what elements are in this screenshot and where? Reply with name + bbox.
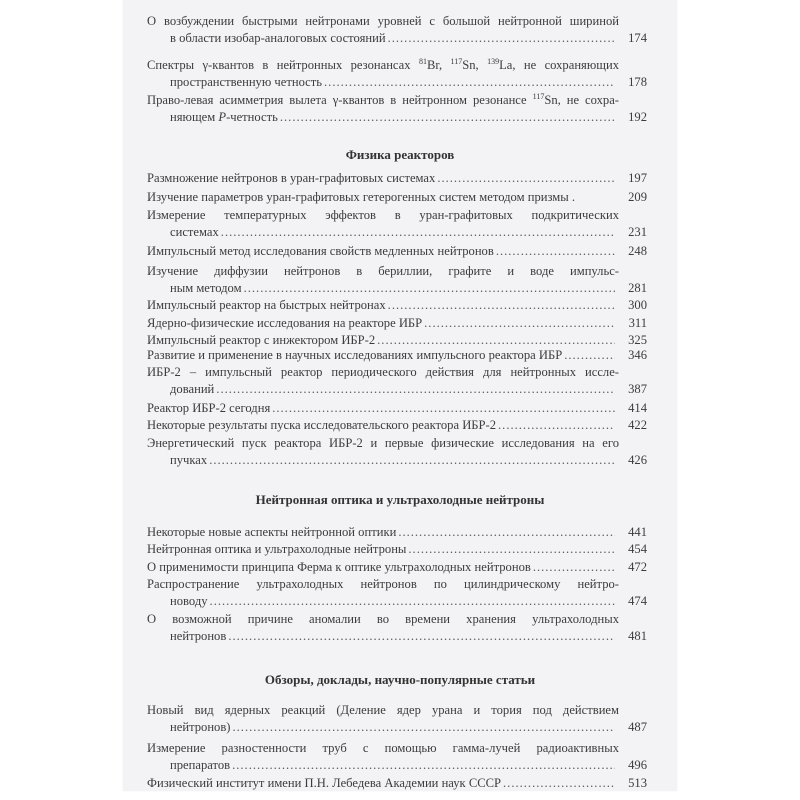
- toc-entry[interactable]: Распространение ультрахолодных нейтронов…: [147, 576, 647, 610]
- toc-entry[interactable]: О возбуждении быстрыми нейтронами уровне…: [147, 13, 647, 47]
- dot-leader: [496, 243, 615, 260]
- toc-entry[interactable]: Ядерно-физические исследования на реакто…: [147, 315, 647, 332]
- toc-entry[interactable]: Некоторые результаты пуска исследователь…: [147, 417, 647, 434]
- toc-entry[interactable]: Энергетический пуск реактора ИБР-2 и пер…: [147, 435, 647, 469]
- dot-leader: [280, 109, 615, 126]
- page-number: 513: [621, 775, 647, 792]
- page-number: 487: [621, 719, 647, 736]
- dot-leader: [216, 381, 615, 398]
- toc-entry[interactable]: Импульсный реактор на быстрых нейтронах3…: [147, 297, 647, 314]
- dot-leader: [388, 30, 615, 47]
- dot-leader: [244, 280, 615, 297]
- entry-title: Реактор ИБР-2 сегодня: [147, 400, 270, 417]
- page-number: 192: [621, 109, 647, 126]
- page-number: 414: [621, 400, 647, 417]
- entry-title: Ядерно-физические исследования на реакто…: [147, 315, 422, 332]
- entry-title: Физический институт имени П.Н. Лебедева …: [147, 775, 501, 792]
- page-number: 474: [621, 593, 647, 610]
- dot-leader: [424, 315, 615, 332]
- entry-title-line1: Спектры γ-квантов в нейтронных резонанса…: [147, 57, 619, 74]
- page-number: 197: [621, 170, 647, 187]
- entry-title-line1: Новый вид ядерных реакций (Деление ядер …: [147, 702, 619, 719]
- dot-leader: [498, 417, 615, 434]
- entry-title-line2: в области изобар-аналоговых состояний: [170, 30, 386, 47]
- entry-title: Нейтронная оптика и ультрахолодные нейтр…: [147, 541, 406, 558]
- dot-leader: [388, 297, 615, 314]
- page-number: 281: [621, 280, 647, 297]
- toc-entry[interactable]: О возможной причине аномалии во времени …: [147, 611, 647, 645]
- entry-title-line2: няющем P-четность: [170, 109, 278, 126]
- page-number: 209: [621, 189, 647, 206]
- dot-leader: [564, 347, 615, 364]
- page-number: 311: [621, 315, 647, 332]
- book-page: О возбуждении быстрыми нейтронами уровне…: [123, 0, 677, 791]
- dot-leader: [221, 224, 615, 241]
- entry-title: Импульсный реактор на быстрых нейтронах: [147, 297, 386, 314]
- dot-leader: [233, 719, 616, 736]
- page-number: 231: [621, 224, 647, 241]
- page-number: 422: [621, 417, 647, 434]
- entry-title-line1: ИБР-2 – импульсный реактор периодическог…: [147, 364, 619, 381]
- page-number: 346: [621, 347, 647, 364]
- toc-entry[interactable]: Некоторые новые аспекты нейтронной оптик…: [147, 524, 647, 541]
- entry-title-line2: ным методом: [170, 280, 242, 297]
- section-heading: Нейтронная оптика и ультрахолодные нейтр…: [123, 492, 677, 508]
- toc-entry[interactable]: Импульсный метод исследования свойств ме…: [147, 243, 647, 260]
- toc-entry[interactable]: Развитие и применение в научных исследов…: [147, 347, 647, 364]
- entry-title-line1: Изучение диффузии нейтронов в бериллии, …: [147, 263, 619, 280]
- entry-title-line2: препаратов: [170, 757, 230, 774]
- dot-leader: [324, 74, 615, 91]
- entry-title: Развитие и применение в научных исследов…: [147, 347, 562, 364]
- page-number: 426: [621, 452, 647, 469]
- page-number: 454: [621, 541, 647, 558]
- entry-title-line1: О возбуждении быстрыми нейтронами уровне…: [147, 13, 619, 30]
- toc-entry[interactable]: Новый вид ядерных реакций (Деление ядер …: [147, 702, 647, 736]
- toc-entry[interactable]: Нейтронная оптика и ультрахолодные нейтр…: [147, 541, 647, 558]
- entry-title: Некоторые результаты пуска исследователь…: [147, 417, 496, 434]
- section-heading: Физика реакторов: [123, 147, 677, 163]
- toc-entry[interactable]: Спектры γ-квантов в нейтронных резонанса…: [147, 57, 647, 91]
- page-number: 481: [621, 628, 647, 645]
- page-number: 496: [621, 757, 647, 774]
- dot-leader: [398, 524, 615, 541]
- dot-leader: [209, 452, 615, 469]
- entry-title-line2: дований: [170, 381, 214, 398]
- entry-title-line1: Энергетический пуск реактора ИБР-2 и пер…: [147, 435, 619, 452]
- dot-leader: [272, 400, 615, 417]
- toc-entry[interactable]: ИБР-2 – импульсный реактор периодическог…: [147, 364, 647, 398]
- page-number: 248: [621, 243, 647, 260]
- toc-entry[interactable]: Физический институт имени П.Н. Лебедева …: [147, 775, 647, 792]
- entry-title-line1: Измерение разностенности труб с помощью …: [147, 740, 619, 757]
- entry-title: Некоторые новые аспекты нейтронной оптик…: [147, 524, 396, 541]
- dot-leader: [210, 593, 615, 610]
- entry-title: О применимости принципа Ферма к оптике у…: [147, 559, 531, 576]
- entry-title: Размножение нейтронов в уран-графитовых …: [147, 170, 435, 187]
- page-number: 441: [621, 524, 647, 541]
- dot-leader: [503, 775, 615, 792]
- entry-title-line2: нейтронов: [170, 628, 226, 645]
- entry-title-line2: системах: [170, 224, 219, 241]
- entry-title-line1: О возможной причине аномалии во времени …: [147, 611, 619, 628]
- section-heading: Обзоры, доклады, научно-популярные стать…: [123, 672, 677, 688]
- dot-leader: [228, 628, 615, 645]
- toc-entry[interactable]: Размножение нейтронов в уран-графитовых …: [147, 170, 647, 187]
- entry-title-line1: Распространение ультрахолодных нейтронов…: [147, 576, 619, 593]
- toc-entry[interactable]: Изучение параметров уран-графитовых гете…: [147, 189, 647, 206]
- toc-entry[interactable]: Измерение разностенности труб с помощью …: [147, 740, 647, 774]
- dot-leader: [437, 170, 615, 187]
- entry-title-line1: Право-левая асимметрия вылета γ-квантов …: [147, 92, 619, 109]
- entry-title: Изучение параметров уран-графитовых гете…: [147, 189, 575, 206]
- toc-entry[interactable]: О применимости принципа Ферма к оптике у…: [147, 559, 647, 576]
- toc-entry[interactable]: Изучение диффузии нейтронов в бериллии, …: [147, 263, 647, 297]
- page-number: 178: [621, 74, 647, 91]
- toc-entry[interactable]: Реактор ИБР-2 сегодня414: [147, 400, 647, 417]
- toc-entry[interactable]: Измерение температурных эффектов в уран-…: [147, 207, 647, 241]
- dot-leader: [408, 541, 615, 558]
- page-number: 300: [621, 297, 647, 314]
- entry-title: Импульсный метод исследования свойств ме…: [147, 243, 494, 260]
- dot-leader: [533, 559, 615, 576]
- entry-title-line2: пучках: [170, 452, 207, 469]
- page-number: 472: [621, 559, 647, 576]
- dot-leader: [232, 757, 615, 774]
- toc-entry[interactable]: Право-левая асимметрия вылета γ-квантов …: [147, 92, 647, 126]
- entry-title-line2: пространственную четность: [170, 74, 322, 91]
- entry-title-line1: Измерение температурных эффектов в уран-…: [147, 207, 619, 224]
- entry-title-line2: нейтронов): [170, 719, 231, 736]
- entry-title-line2: новоду: [170, 593, 208, 610]
- page-number: 387: [621, 381, 647, 398]
- page-number: 174: [621, 30, 647, 47]
